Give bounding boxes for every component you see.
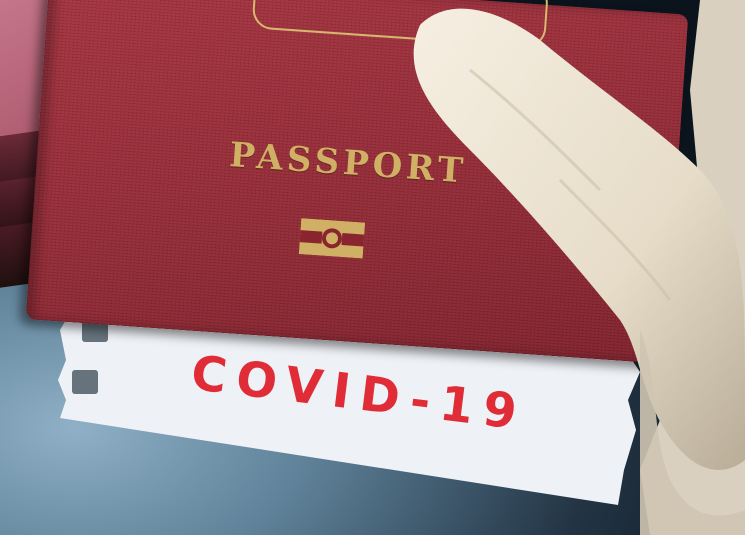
passport-title: PASSPORT: [228, 135, 468, 192]
punch-hole: [72, 370, 98, 394]
photo-scene: PASSPORT COVID-19: [0, 0, 745, 535]
biometric-chip-icon: [299, 218, 365, 258]
passport-emblem-frame: [251, 0, 549, 49]
passport-cover: PASSPORT: [26, 0, 689, 364]
